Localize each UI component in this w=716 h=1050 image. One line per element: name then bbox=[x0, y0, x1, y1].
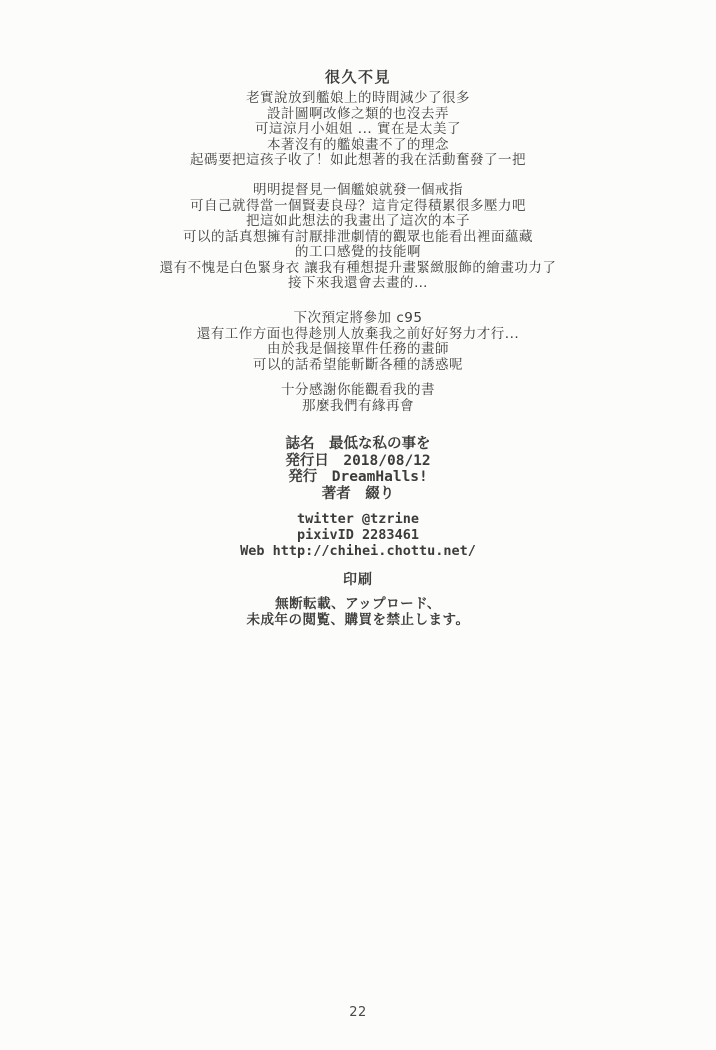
text-line: 十分感謝你能觀看我的書 bbox=[0, 383, 716, 399]
text-line: 発行 DreamHalls! bbox=[0, 469, 716, 486]
afterword-paragraph-1: 老實說放到艦娘上的時間減少了很多設計圖啊改修之類的也沒去弄可這涼月小姐姐 ...… bbox=[0, 91, 716, 169]
text-line: 著者 綴り bbox=[0, 486, 716, 503]
text-line: 無断転載、アップロード、 bbox=[0, 597, 716, 613]
afterword-paragraph-4: 十分感謝你能觀看我的書那麼我們有緣再會 bbox=[0, 383, 716, 414]
text-line: twitter @tzrine bbox=[0, 511, 716, 527]
text-line: 未成年の閲覧、購買を禁止します。 bbox=[0, 613, 716, 629]
text-line: 明明提督見一個艦娘就發一個戒指 bbox=[0, 183, 716, 199]
text-line: 可自己就得當一個賢妻良母？這肯定得積累很多壓力吧 bbox=[0, 199, 716, 215]
text-line: 誌名 最低な私の事を bbox=[0, 436, 716, 453]
reprint-notice: 無断転載、アップロード、未成年の閲覧、購買を禁止します。 bbox=[0, 597, 716, 628]
afterword-greeting: 很久不見 bbox=[0, 66, 716, 87]
afterword-paragraph-2: 明明提督見一個艦娘就發一個戒指可自己就得當一個賢妻良母？這肯定得積累很多壓力吧把… bbox=[0, 183, 716, 292]
contact-info: twitter @tzrinepixivID 2283461Web http:/… bbox=[0, 511, 716, 559]
colophon: 誌名 最低な私の事を発行日 2018/08/12発行 DreamHalls!著者… bbox=[0, 436, 716, 502]
text-line: 那麼我們有緣再會 bbox=[0, 399, 716, 415]
text-line: 還有工作方面也得趁別人放棄我之前好好努力才行... bbox=[0, 327, 716, 343]
text-line: 本著沒有的艦娘畫不了的理念 bbox=[0, 138, 716, 154]
text-line: 可以的話真想擁有討厭排泄劇情的觀眾也能看出裡面蘊藏 bbox=[0, 230, 716, 246]
page-number: 22 bbox=[0, 1005, 716, 1020]
printing-label: 印刷 bbox=[0, 569, 716, 589]
text-line: 把這如此想法的我畫出了這次的本子 bbox=[0, 214, 716, 230]
text-line: 接下來我還會去畫的… bbox=[0, 276, 716, 292]
text-line: 設計圖啊改修之類的也沒去弄 bbox=[0, 107, 716, 123]
afterword-paragraph-3: 下次預定將參加 c95還有工作方面也得趁別人放棄我之前好好努力才行...由於我是… bbox=[0, 311, 716, 373]
text-line: 的工口感覺的技能啊 bbox=[0, 245, 716, 261]
text-line: 還有不愧是白色緊身衣 讓我有種想提升畫緊緻服飾的繪畫功力了 bbox=[0, 261, 716, 277]
text-line: 起碼要把這孩子收了！如此想著的我在活動奮發了一把 bbox=[0, 153, 716, 169]
text-line: 由於我是個接單件任務的畫師 bbox=[0, 342, 716, 358]
scanned-afterword-page: 很久不見 老實說放到艦娘上的時間減少了很多設計圖啊改修之類的也沒去弄可這涼月小姐… bbox=[0, 0, 716, 1050]
text-line: Web http://chihei.chottu.net/ bbox=[0, 543, 716, 559]
text-line: 下次預定將參加 c95 bbox=[0, 311, 716, 327]
text-line: pixivID 2283461 bbox=[0, 527, 716, 543]
text-line: 可以的話希望能斬斷各種的誘惑呢 bbox=[0, 358, 716, 374]
text-line: 発行日 2018/08/12 bbox=[0, 453, 716, 470]
text-line: 老實說放到艦娘上的時間減少了很多 bbox=[0, 91, 716, 107]
text-line: 可這涼月小姐姐 ... 實在是太美了 bbox=[0, 122, 716, 138]
